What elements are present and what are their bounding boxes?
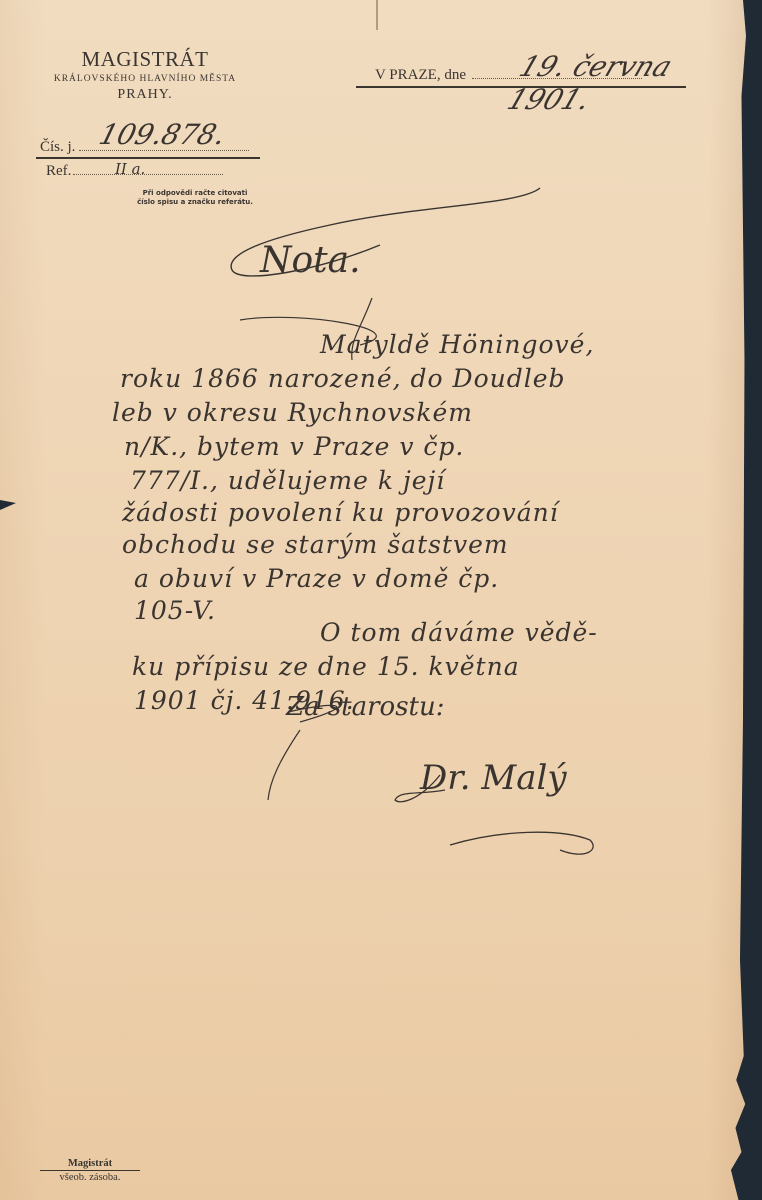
letterhead-city: PRAHY. — [40, 87, 250, 103]
body-line: leb v okresu Rychnovském — [112, 398, 473, 427]
divider-rule — [36, 157, 260, 159]
document-heading: Nota. — [260, 240, 361, 281]
citation-instruction: Při odpovědi račte citovati číslo spisu … — [110, 189, 280, 207]
body-line: a obuví v Praze v domě čp. — [134, 564, 499, 593]
closing: Za starostu: — [286, 692, 445, 722]
reference-number-value: 109.878. — [96, 118, 230, 151]
referat-value: II a. — [115, 160, 145, 178]
letterhead-title: MAGISTRÁT — [40, 48, 250, 70]
footer-stamp: Magistrát všeob. zásoba. — [40, 1158, 140, 1183]
body-line: 777/I., udělujeme k její — [130, 466, 445, 495]
body-line: žádosti povolení ku provozování — [122, 498, 559, 527]
instruction-line: číslo spisu a značku referátu. — [110, 198, 280, 207]
letterhead-subtitle: KRÁLOVSKÉHO HLAVNÍHO MĚSTA — [40, 74, 250, 84]
date-value: 19. června 1901. — [503, 50, 762, 116]
handwriting-flourishes — [0, 0, 752, 1200]
document-page: MAGISTRÁT KRÁLOVSKÉHO HLAVNÍHO MĚSTA PRA… — [0, 0, 752, 1200]
body-line: O tom dáváme vědě- — [320, 618, 598, 647]
body-line: roku 1866 narozené, do Doudleb — [120, 364, 566, 393]
dotted-line — [73, 162, 223, 175]
referat-label: Ref. — [46, 163, 71, 179]
paper-crease — [376, 0, 378, 30]
body-line: ku přípisu ze dne 15. května — [132, 652, 520, 681]
instruction-line: Při odpovědi račte citovati — [110, 189, 280, 198]
place-label: V PRAZE, dne — [375, 67, 466, 83]
footer-line: všeob. zásoba. — [40, 1172, 140, 1183]
body-line: 105-V. — [134, 596, 216, 625]
signature: Dr. Malý — [420, 758, 567, 798]
letterhead: MAGISTRÁT KRÁLOVSKÉHO HLAVNÍHO MĚSTA PRA… — [40, 48, 250, 103]
body-line: Matyldě Höningové, — [320, 330, 594, 359]
reference-number-label: Čís. j. — [40, 139, 75, 155]
body-line: obchodu se starým šatstvem — [122, 530, 509, 559]
body-line: n/K., bytem v Praze v čp. — [124, 432, 464, 461]
footer-rule — [40, 1170, 140, 1171]
footer-line: Magistrát — [40, 1158, 140, 1169]
